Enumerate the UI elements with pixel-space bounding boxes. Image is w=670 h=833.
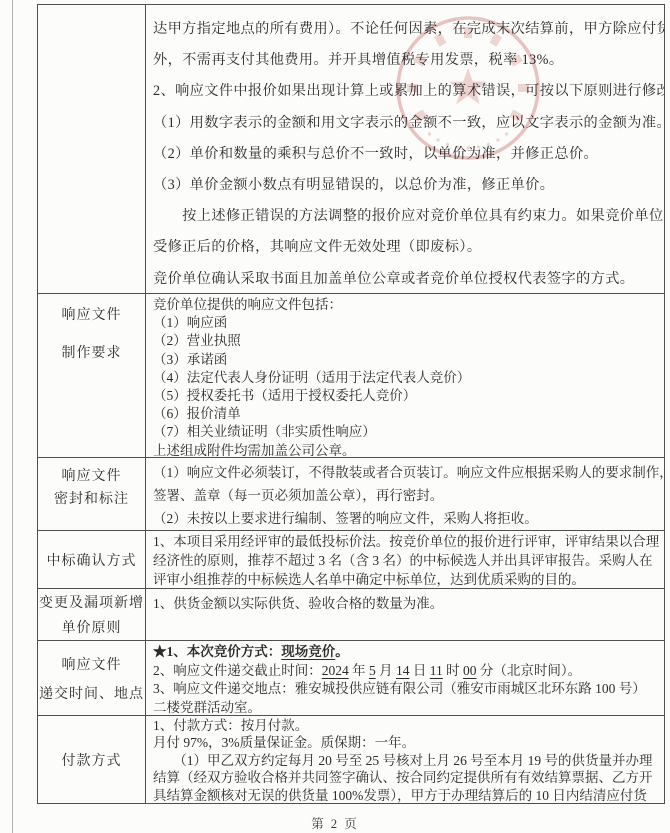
row-content-payment-method: 1、付款方式：按月付款。月付 97%，3%质量保证金。质保期：一年。 （1）甲乙… xyxy=(146,716,664,803)
underlined-text: 14 xyxy=(396,663,410,678)
text-part: 时 xyxy=(443,663,463,678)
row-content-response-doc-submission-time-place: ★1、本次竞价方式：现场竞价。2、响应文件递交截止时间：2024 年 5 月 1… xyxy=(146,641,664,715)
row-content-response-doc-preparation: 竞价单位提供的响应文件包括：（1）响应函（2）营业执照（3）承诺函（4）法定代表… xyxy=(146,294,664,457)
text-part: 月 xyxy=(376,663,396,678)
row-header-payment-method: 付款方式 xyxy=(38,716,146,803)
text-line: （1）响应文件必须装订，不得散装或者合页装订。响应文件应根据采购人的要求制作， xyxy=(153,461,658,484)
text-line: 签署、盖章（每一页必须加盖公章），再行密封。 xyxy=(153,484,658,507)
row-header-label: 响应文件 xyxy=(62,465,122,485)
row-header-response-doc-sealing-marking: 响应文件密封和标注 xyxy=(38,458,146,530)
text-part: 日 xyxy=(410,663,430,678)
text-line: （6）报价清单 xyxy=(153,405,658,423)
row-header-payment-clause-continued xyxy=(38,5,146,293)
document-table: 达甲方指定地点的所有费用）。不论任何因素，在完成末次结算前，甲方除应付货款外，不… xyxy=(37,4,665,804)
row-header-label: 响应文件 xyxy=(62,304,122,324)
text-line: 2、响应文件中报价如果出现计算上或累加上的算术错误，可按以下原则进行修改： xyxy=(153,76,658,107)
text-line: 外，不需再支付其他费用。并开具增值税专用发票，税率 13%。 xyxy=(153,45,658,76)
text-line: ★1、本次竞价方式：现场竞价。 xyxy=(153,643,658,662)
row-content-response-doc-sealing-marking: （1）响应文件必须装订，不得散装或者合页装订。响应文件应根据采购人的要求制作，签… xyxy=(146,458,664,530)
row-header-label: 密封和标注 xyxy=(54,488,129,508)
text-line: 受修正后的价格，其响应文件无效处理（即废标）。 xyxy=(153,232,658,263)
text-line: （2）单价和数量的乘积与总价不一致时，以单价为准，并修正总价。 xyxy=(153,139,658,170)
text-line: 经济性的原则，推荐不超过 3 名（含 3 名）的中标候选人并出具评审报告。采购人… xyxy=(153,551,658,570)
table-row-award-confirmation-method: 中标确认方式1、本项目采用经评审的最低投标价法。按竞价单位的报价进行评审，评审结… xyxy=(38,531,664,589)
text-line: （1）用数字表示的金额和用文字表示的金额不一致，应以文字表示的金额为准。 xyxy=(153,108,658,139)
table-row-response-doc-preparation: 响应文件制作要求竞价单位提供的响应文件包括：（1）响应函（2）营业执照（3）承诺… xyxy=(38,294,664,458)
text-line: （5）授权委托书（适用于授权委托人竞价） xyxy=(153,387,658,405)
text-part: 分（北京时间）。 xyxy=(477,663,582,678)
text-line: 上述组成附件均需加盖公司公章。 xyxy=(153,442,658,457)
text-part: 。 xyxy=(335,644,349,659)
text-line: （2）未按以上要求进行编制、签署的响应文件，采购人将拒收。 xyxy=(153,507,658,530)
row-header-label: 付款方式 xyxy=(62,750,122,770)
text-line: 达甲方指定地点的所有费用）。不论任何因素，在完成末次结算前，甲方除应付货款 xyxy=(153,14,658,45)
text-line: 1、付款方式：按月付款。 xyxy=(153,717,658,734)
row-header-label: 变更及漏项新增 xyxy=(39,592,144,612)
text-part: 年 xyxy=(349,663,369,678)
row-header-response-doc-preparation: 响应文件制作要求 xyxy=(38,294,146,457)
text-line: （4）法定代表人身份证明（适用于法定代表人竞价） xyxy=(153,369,658,387)
row-content-payment-clause-continued: 达甲方指定地点的所有费用）。不论任何因素，在完成末次结算前，甲方除应付货款外，不… xyxy=(146,5,664,293)
row-content-change-omission-unit-price-rule: 1、供货金额以实际供货、验收合格的数量为准。 xyxy=(146,589,664,640)
underlined-text: 00 xyxy=(463,663,477,678)
scan-page-edge-line xyxy=(12,0,13,833)
row-header-response-doc-submission-time-place: 响应文件递交时间、地点 xyxy=(38,641,146,715)
text-line: 1、本项目采用经评审的最低投标价法。按竞价单位的报价进行评审，评审结果以合理 xyxy=(153,532,658,551)
text-line: 3、响应文件递交地点：雅安城投供应链有限公司（雅安市雨城区北环东路 100 号） xyxy=(153,680,658,699)
text-line: （1）响应函 xyxy=(153,314,658,332)
underlined-text: 11 xyxy=(430,663,443,678)
text-line: （7）相关业绩证明（非实质性响应） xyxy=(153,423,658,441)
text-line: 二楼党群活动室。 xyxy=(153,699,658,715)
table-row-payment-clause-continued: 达甲方指定地点的所有费用）。不论任何因素，在完成末次结算前，甲方除应付货款外，不… xyxy=(38,5,664,294)
text-line: （2）营业执照 xyxy=(153,332,658,350)
underlined-text: 5 xyxy=(369,663,376,678)
text-part: 2、响应文件递交截止时间： xyxy=(153,663,322,678)
row-header-label: 递交时间、地点 xyxy=(39,683,144,703)
text-line: （1）甲乙双方约定每月 20 号至 25 号核对上月 26 号至本月 19 号的… xyxy=(153,752,658,769)
text-line: 1、供货金额以实际供货、验收合格的数量为准。 xyxy=(153,594,658,613)
text-line: 竞价单位提供的响应文件包括： xyxy=(153,296,658,314)
row-header-award-confirmation-method: 中标确认方式 xyxy=(38,531,146,588)
text-line: 月付 97%，3%质量保证金。质保期：一年。 xyxy=(153,734,658,751)
underlined-text: 2024 xyxy=(322,663,349,678)
row-header-label: 制作要求 xyxy=(62,342,122,362)
text-line: 竞价单位确认采取书面且加盖单位公章或者竞价单位授权代表签字的方式。 xyxy=(153,264,658,293)
text-line: （3）单价金额小数点有明显错误的，以总价为准，修正单价。 xyxy=(153,170,658,201)
row-header-label: 单价原则 xyxy=(62,617,122,637)
row-content-award-confirmation-method: 1、本项目采用经评审的最低投标价法。按竞价单位的报价进行评审，评审结果以合理经济… xyxy=(146,531,664,588)
table-row-payment-method: 付款方式1、付款方式：按月付款。月付 97%，3%质量保证金。质保期：一年。 （… xyxy=(38,716,664,803)
text-line: 具结算金额核对无误的供货量 100%发票），甲方于办理结算后的 10 日内结清应… xyxy=(153,787,658,803)
text-line: （3）承诺函 xyxy=(153,351,658,369)
table-row-response-doc-sealing-marking: 响应文件密封和标注（1）响应文件必须装订，不得散装或者合页装订。响应文件应根据采… xyxy=(38,458,664,531)
text-line: 评审小组推荐的中标候选人名单中确定中标单位，达到优质采购的目的。 xyxy=(153,570,658,588)
row-header-label: 响应文件 xyxy=(62,654,122,674)
row-header-label: 中标确认方式 xyxy=(47,550,137,570)
underlined-text: 现场竞价 xyxy=(281,644,335,659)
text-line: 按上述修正错误的方法调整的报价应对竞价单位具有约束力。如果竞价单位不接 xyxy=(153,201,658,232)
text-line: 2、响应文件递交截止时间：2024 年 5 月 14 日 11 时 00 分（北… xyxy=(153,662,658,681)
text-line: 结算（经双方验收合格并共同签字确认、按合同约定提供所有有效结算票据、乙方开 xyxy=(153,769,658,786)
table-row-response-doc-submission-time-place: 响应文件递交时间、地点★1、本次竞价方式：现场竞价。2、响应文件递交截止时间：2… xyxy=(38,641,664,716)
row-header-change-omission-unit-price-rule: 变更及漏项新增单价原则 xyxy=(38,589,146,640)
table-row-change-omission-unit-price-rule: 变更及漏项新增单价原则1、供货金额以实际供货、验收合格的数量为准。 xyxy=(38,589,664,641)
page-number-footer: 第 2 页 xyxy=(0,814,670,832)
text-part: ★1、本次竞价方式： xyxy=(153,644,281,659)
